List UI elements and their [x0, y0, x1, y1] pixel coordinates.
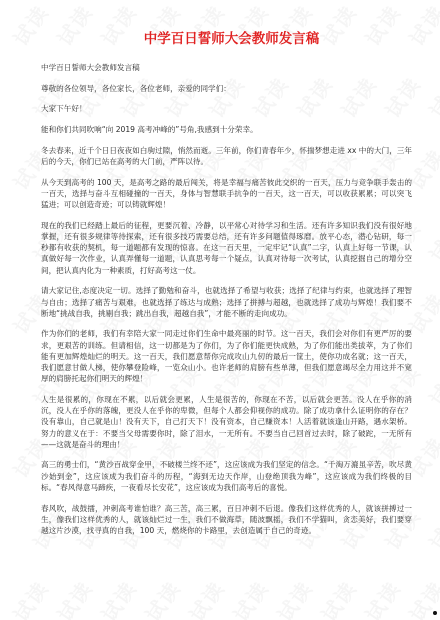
- watermark-icon: 试读: [50, 574, 99, 620]
- paragraph: 作为你们的老师，我们有幸陪大家一同走过你们生命中最亮丽的时节。这一百天，我们会对…: [41, 328, 412, 384]
- paragraph: 人生是很累的，你现在不累，以后就会更累，人生是很苦的，你现在不苦，以后就会更苦。…: [41, 394, 412, 450]
- page-marker-dot: [433, 611, 437, 615]
- paragraph-heading: 中学百日誓师大会教师发言稿: [41, 62, 412, 73]
- document-page: 中学百日誓师大会教师发言稿 中学百日誓师大会教师发言稿 尊敬的各位领导，各位家长…: [0, 0, 440, 536]
- paragraph: 春风吹，战鼓擂，冲刺高考谁怕谁？高三苦，高三累，百日冲刺不后退。像我们这样优秀的…: [41, 503, 412, 537]
- watermark-icon: 试读: [6, 574, 55, 620]
- paragraph: 能和你们共同吹响“向 2019 高考冲峰的”号角,我感到十分荣幸。: [41, 124, 412, 135]
- watermark-icon: 试读: [226, 574, 275, 620]
- paragraph: 从今天到高考的 100 天，是高考之路的最后闯关，将是幸福与痛苦彼此交织的一百天…: [41, 177, 412, 211]
- paragraph-salutation: 尊敬的各位领导，各位家长，各位老师，亲爱的同学们：: [41, 83, 412, 94]
- document-title: 中学百日誓师大会教师发言稿: [41, 0, 412, 50]
- paragraph: 冬去春来，近千个日日夜夜如白驹过隙，悄然而逝。三年前，你们青春年少，怀揣梦想走进…: [41, 145, 412, 167]
- paragraph: 高三的勇士们，“黄沙百战穿金甲，不破楼兰终不还”，这应该成为我们坚定的信念。“千…: [41, 459, 412, 493]
- paragraph: 现在的我们已经踏上最后的征程，更要沉着、冷静，以平常心对待学习和生活。还有许多知…: [41, 220, 412, 276]
- watermark-icon: 试读: [94, 574, 143, 620]
- watermark-icon: 试读: [314, 574, 363, 620]
- watermark-icon: 试读: [270, 574, 319, 620]
- watermark-icon: 试读: [138, 574, 187, 620]
- watermark-icon: 试读: [358, 574, 407, 620]
- watermark-icon: 试读: [182, 574, 231, 620]
- paragraph: 请大家记住,态度决定一切。选择了勤勉和奋斗，也就选择了希望与收获；选择了纪律与约…: [41, 285, 412, 319]
- paragraph-greeting: 大家下午好！: [41, 103, 412, 114]
